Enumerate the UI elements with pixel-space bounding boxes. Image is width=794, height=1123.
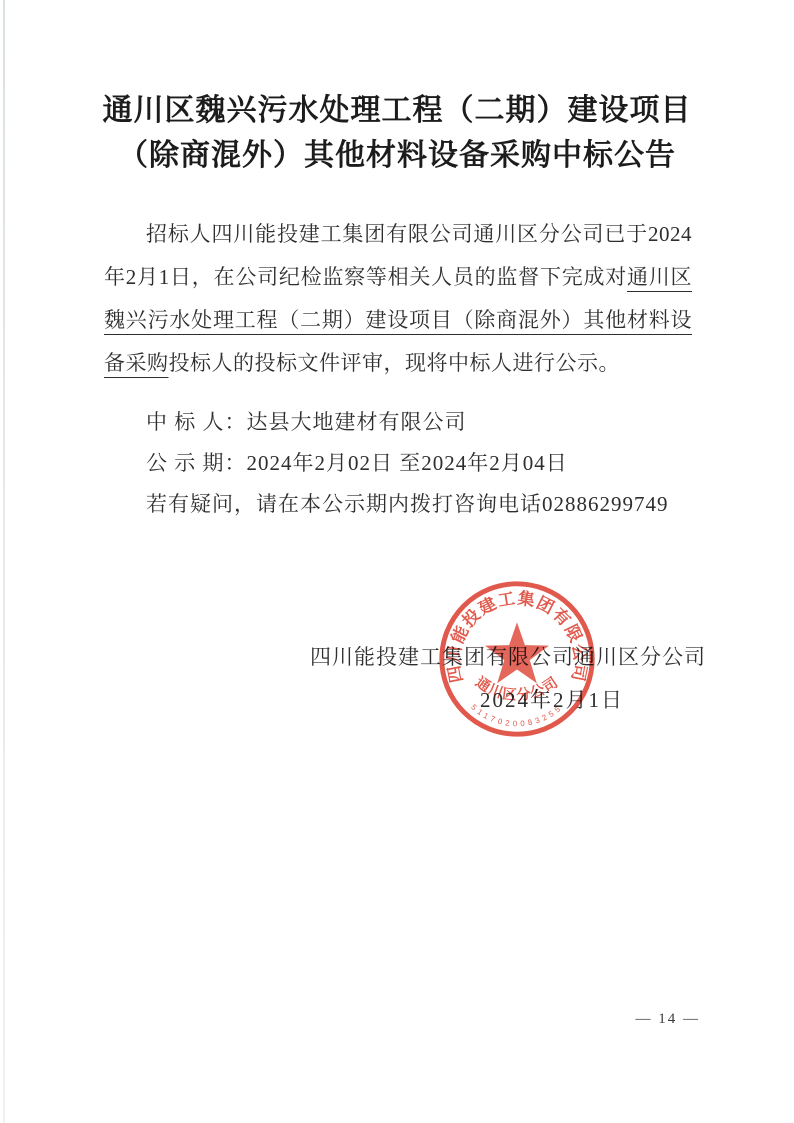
winner-value: 达县大地建材有限公司 <box>247 410 467 434</box>
winner-row: 中 标 人：达县大地建材有限公司 <box>146 402 669 443</box>
document-page: 通川区魏兴污水处理工程（二期）建设项目 （除商混外）其他材料设备采购中标公告 招… <box>0 0 794 1123</box>
svg-text:通川区分公司: 通川区分公司 <box>472 673 561 704</box>
publicity-period-label: 公 示 期： <box>146 451 247 475</box>
footer-page-number: — 14 — <box>636 1011 701 1028</box>
paragraph-text-after: 投标人的投标文件评审，现将中标人进行公示。 <box>169 351 621 375</box>
document-title: 通川区魏兴污水处理工程（二期）建设项目 （除商混外）其他材料设备采购中标公告 <box>0 88 794 178</box>
official-seal: 四川能投建工集团有限公司 通川区分公司 5117020083255 <box>423 565 611 753</box>
paragraph-text-before: 招标人四川能投建工集团有限公司通川区分公司已于2024年2月1日，在公司纪检监察… <box>104 222 692 289</box>
title-line-2: （除商混外）其他材料设备采购中标公告 <box>0 133 794 178</box>
contact-row: 若有疑问，请在本公示期内拨打咨询电话02886299749 <box>146 484 669 525</box>
publicity-period-value: 2024年2月02日 至2024年2月04日 <box>247 451 568 475</box>
seal-bottom-text: 通川区分公司 <box>472 673 561 704</box>
seal-star-icon <box>485 622 549 683</box>
publicity-period-row: 公 示 期：2024年2月02日 至2024年2月04日 <box>146 443 669 484</box>
announcement-paragraph: 招标人四川能投建工集团有限公司通川区分公司已于2024年2月1日，在公司纪检监察… <box>104 213 692 385</box>
winner-label: 中 标 人： <box>146 410 247 434</box>
details-block: 中 标 人：达县大地建材有限公司 公 示 期：2024年2月02日 至2024年… <box>146 402 669 525</box>
title-line-1: 通川区魏兴污水处理工程（二期）建设项目 <box>0 88 794 133</box>
contact-line: 若有疑问，请在本公示期内拨打咨询电话02886299749 <box>146 492 669 516</box>
